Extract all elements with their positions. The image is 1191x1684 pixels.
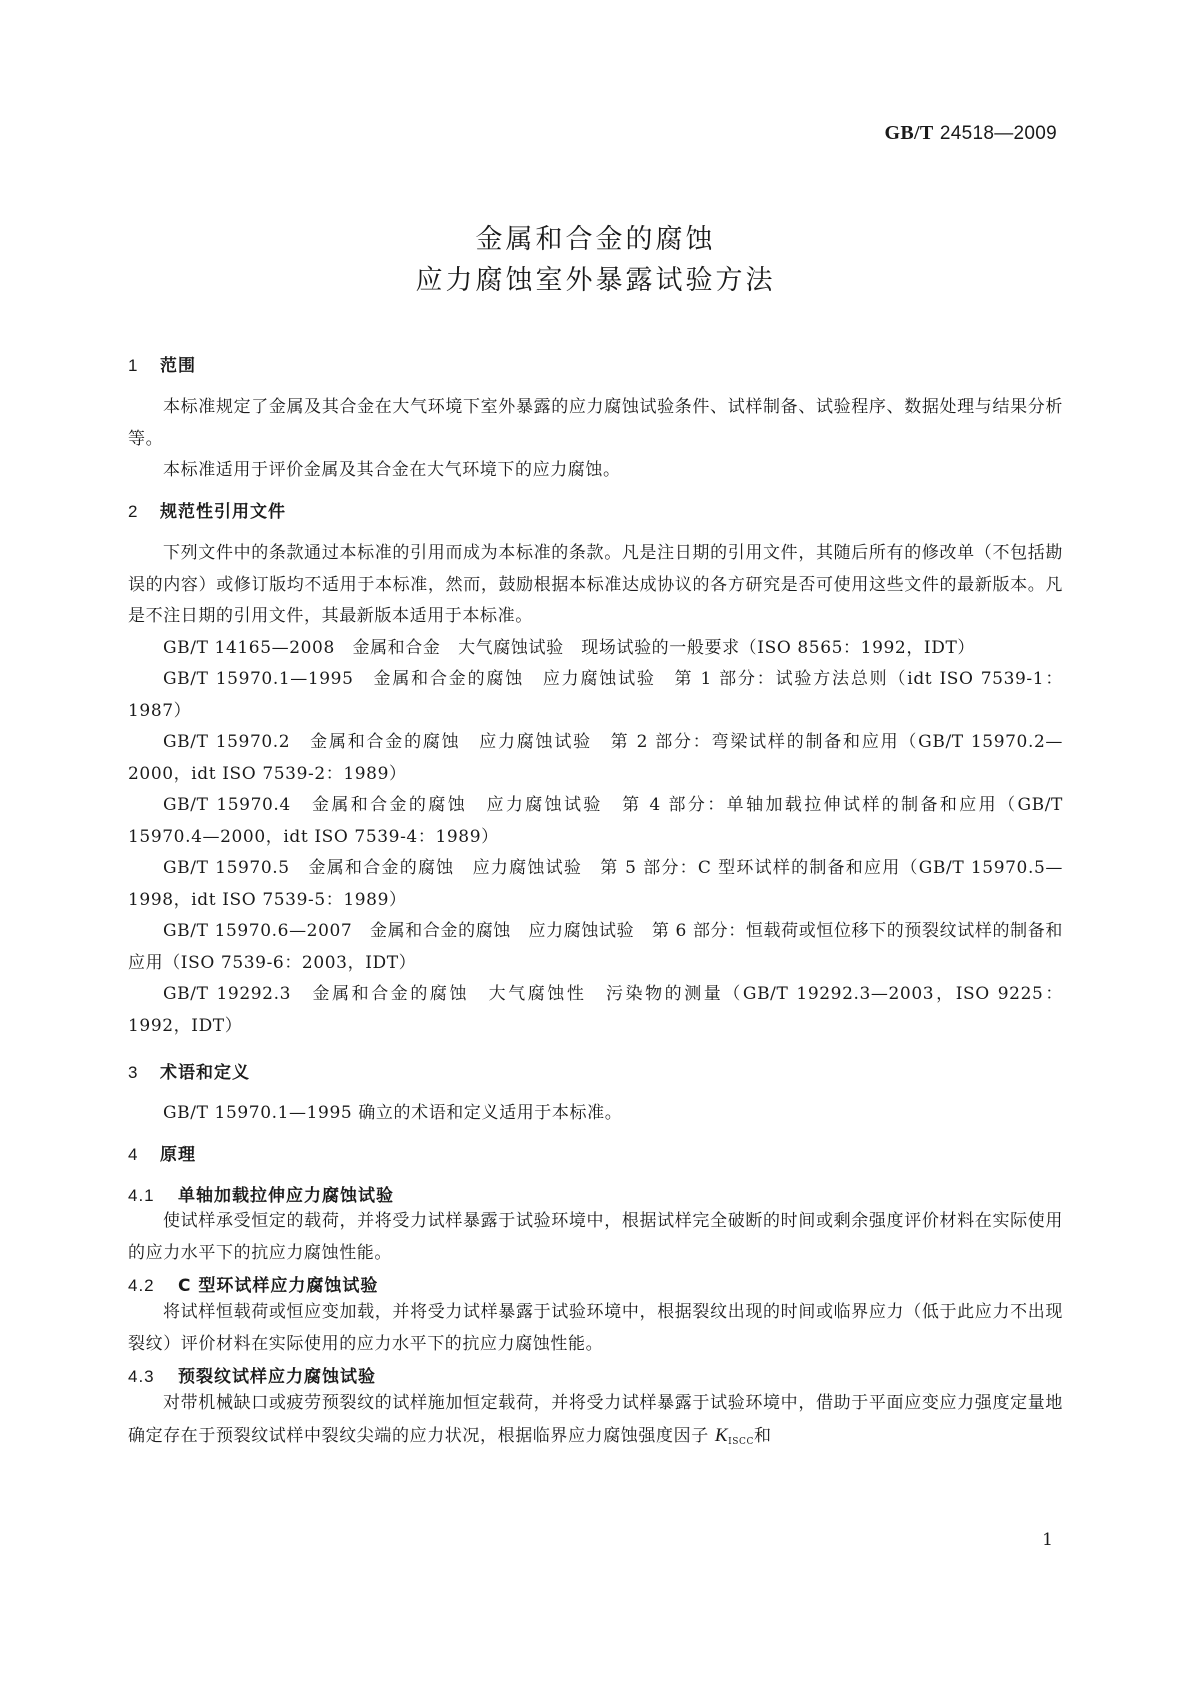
section-1-paragraph-1: 本标准规定了金属及其合金在大气环境下室外暴露的应力腐蚀试验条件、试样制备、试验程…: [128, 392, 1063, 455]
document-title-line-1: 金属和合金的腐蚀: [0, 217, 1191, 256]
section-2-heading: 2规范性引用文件: [128, 497, 286, 522]
paragraph-text: 对带机械缺口或疲劳预裂纹的试样施加恒定载荷，并将受力试样暴露于试验环境中，借助于…: [128, 1393, 1063, 1446]
section-1-heading: 1范围: [128, 351, 196, 376]
subsection-title: 预裂纹试样应力腐蚀试验: [178, 1367, 376, 1387]
subsection-number: 4.3: [128, 1367, 178, 1387]
section-2-intro: 下列文件中的条款通过本标准的引用而成为本标准的条款。凡是注日期的引用文件，其随后…: [128, 538, 1063, 633]
section-number: 3: [128, 1063, 160, 1083]
stress-intensity-subscript: ISCC: [728, 1437, 754, 1447]
page-number: 1: [1042, 1530, 1053, 1550]
section-4-heading: 4原理: [128, 1140, 196, 1165]
subsection-4-1-heading: 4.1单轴加载拉伸应力腐蚀试验: [128, 1181, 394, 1206]
reference-item: GB/T 19292.3 金属和合金的腐蚀 大气腐蚀性 污染物的测量（GB/T …: [128, 979, 1063, 1042]
subsection-title: 单轴加载拉伸应力腐蚀试验: [178, 1186, 394, 1206]
document-title-line-2: 应力腐蚀室外暴露试验方法: [0, 258, 1191, 297]
section-title: 原理: [160, 1145, 196, 1165]
subsection-4-2-paragraph: 将试样恒载荷或恒应变加载，并将受力试样暴露于试验环境中，根据裂纹出现的时间或临界…: [128, 1297, 1063, 1360]
section-number: 4: [128, 1145, 160, 1165]
section-title: 范围: [160, 356, 196, 376]
section-number: 1: [128, 356, 160, 376]
section-title: 术语和定义: [160, 1063, 250, 1083]
section-3-heading: 3术语和定义: [128, 1058, 250, 1083]
standard-prefix: GB/T: [885, 122, 934, 144]
subsection-number: 4.1: [128, 1186, 178, 1206]
reference-item: GB/T 15970.2 金属和合金的腐蚀 应力腐蚀试验 第 2 部分：弯梁试样…: [128, 727, 1063, 790]
reference-item: GB/T 15970.1—1995 金属和合金的腐蚀 应力腐蚀试验 第 1 部分…: [128, 664, 1063, 727]
reference-item: GB/T 15970.5 金属和合金的腐蚀 应力腐蚀试验 第 5 部分：C 型环…: [128, 853, 1063, 916]
standard-code: 24518—2009: [940, 123, 1057, 144]
reference-item: GB/T 15970.4 金属和合金的腐蚀 应力腐蚀试验 第 4 部分：单轴加载…: [128, 790, 1063, 853]
subsection-title: C 型环试样应力腐蚀试验: [178, 1276, 378, 1296]
paragraph-tail: 和: [754, 1426, 772, 1446]
subsection-4-3-heading: 4.3预裂纹试样应力腐蚀试验: [128, 1362, 376, 1387]
reference-item: GB/T 14165—2008 金属和合金 大气腐蚀试验 现场试验的一般要求（I…: [128, 633, 1063, 665]
subsection-number: 4.2: [128, 1276, 178, 1296]
subsection-4-3-paragraph: 对带机械缺口或疲劳预裂纹的试样施加恒定载荷，并将受力试样暴露于试验环境中，借助于…: [128, 1388, 1063, 1458]
section-1-paragraph-2: 本标准适用于评价金属及其合金在大气环境下的应力腐蚀。: [128, 455, 1063, 487]
stress-intensity-symbol: K: [715, 1425, 728, 1446]
subsection-4-1-paragraph: 使试样承受恒定的载荷，并将受力试样暴露于试验环境中，根据试样完全破断的时间或剩余…: [128, 1206, 1063, 1269]
section-3-paragraph: GB/T 15970.1—1995 确立的术语和定义适用于本标准。: [128, 1098, 1063, 1130]
section-title: 规范性引用文件: [160, 502, 286, 522]
reference-item: GB/T 15970.6—2007 金属和合金的腐蚀 应力腐蚀试验 第 6 部分…: [128, 916, 1063, 979]
standard-number: GB/T 24518—2009: [885, 122, 1057, 145]
section-number: 2: [128, 502, 160, 522]
subsection-4-2-heading: 4.2C 型环试样应力腐蚀试验: [128, 1271, 378, 1296]
